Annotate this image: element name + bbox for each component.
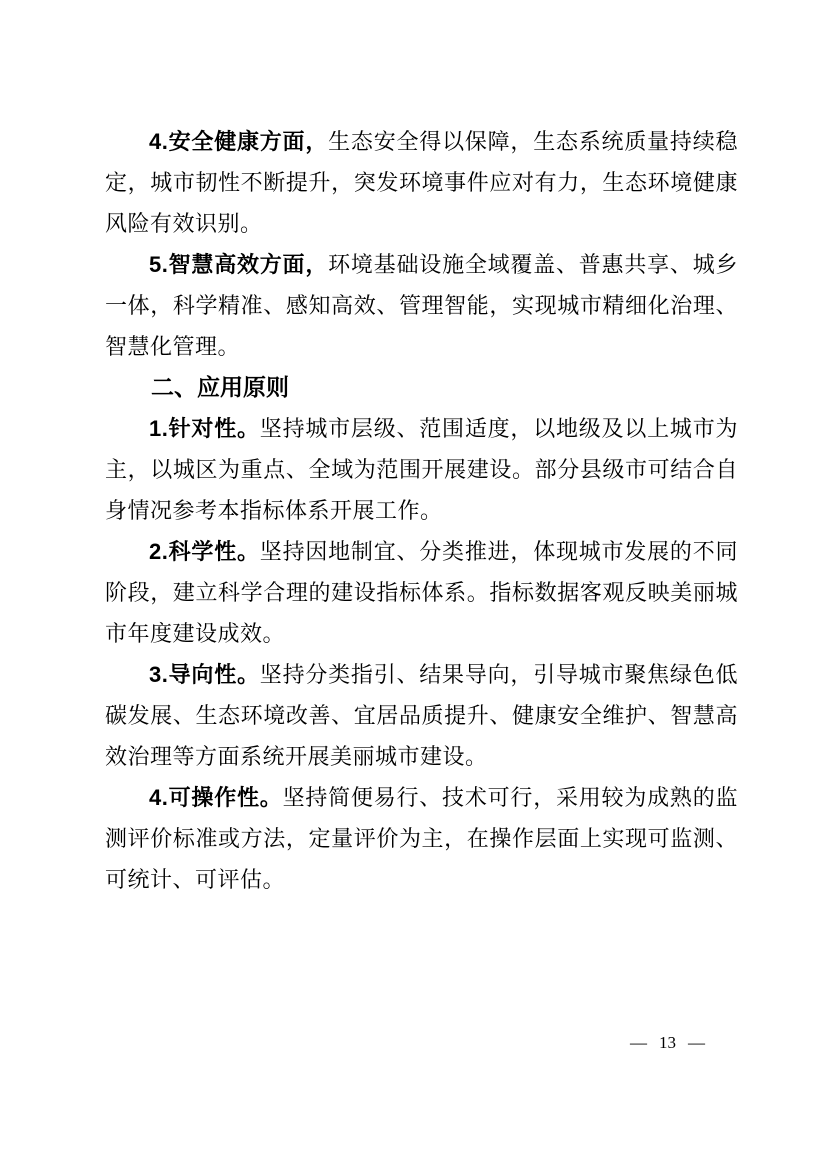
paragraph-principle-scientific: 2.科学性。坚持因地制宜、分类推进，体现城市发展的不同阶段，建立科学合理的建设指… xyxy=(105,531,738,654)
page-number: — 13 — xyxy=(630,1031,705,1055)
section-heading-application-principles: 二、应用原则 xyxy=(105,367,738,408)
paragraph-principle-guiding: 3.导向性。坚持分类指引、结果导向，引导城市聚焦绿色低碳发展、生态环境改善、宜居… xyxy=(105,654,738,777)
document-page: 4.安全健康方面，生态安全得以保障，生态系统质量持续稳定，城市韧性不断提升，突发… xyxy=(0,0,827,1170)
page-number-dash-right: — xyxy=(688,1033,705,1053)
paragraph-safety-health: 4.安全健康方面，生态安全得以保障，生态系统质量持续稳定，城市韧性不断提升，突发… xyxy=(105,121,738,244)
document-body: 4.安全健康方面，生态安全得以保障，生态系统质量持续稳定，城市韧性不断提升，突发… xyxy=(105,121,738,900)
paragraph-lead: 2.科学性。 xyxy=(149,539,260,564)
page-number-value: 13 xyxy=(659,1033,676,1053)
paragraph-lead: 5.智慧高效方面， xyxy=(149,252,328,277)
page-number-dash-left: — xyxy=(630,1033,647,1053)
paragraph-principle-targeted: 1.针对性。坚持城市层级、范围适度，以地级及以上城市为主，以城区为重点、全域为范… xyxy=(105,408,738,531)
paragraph-lead: 3.导向性。 xyxy=(149,662,260,687)
paragraph-lead: 4.安全健康方面， xyxy=(149,129,328,154)
paragraph-lead: 1.针对性。 xyxy=(149,416,260,441)
paragraph-principle-operable: 4.可操作性。坚持简便易行、技术可行，采用较为成熟的监测评价标准或方法，定量评价… xyxy=(105,777,738,900)
paragraph-lead: 4.可操作性。 xyxy=(149,785,283,810)
paragraph-smart-efficient: 5.智慧高效方面，环境基础设施全域覆盖、普惠共享、城乡一体，科学精准、感知高效、… xyxy=(105,244,738,367)
